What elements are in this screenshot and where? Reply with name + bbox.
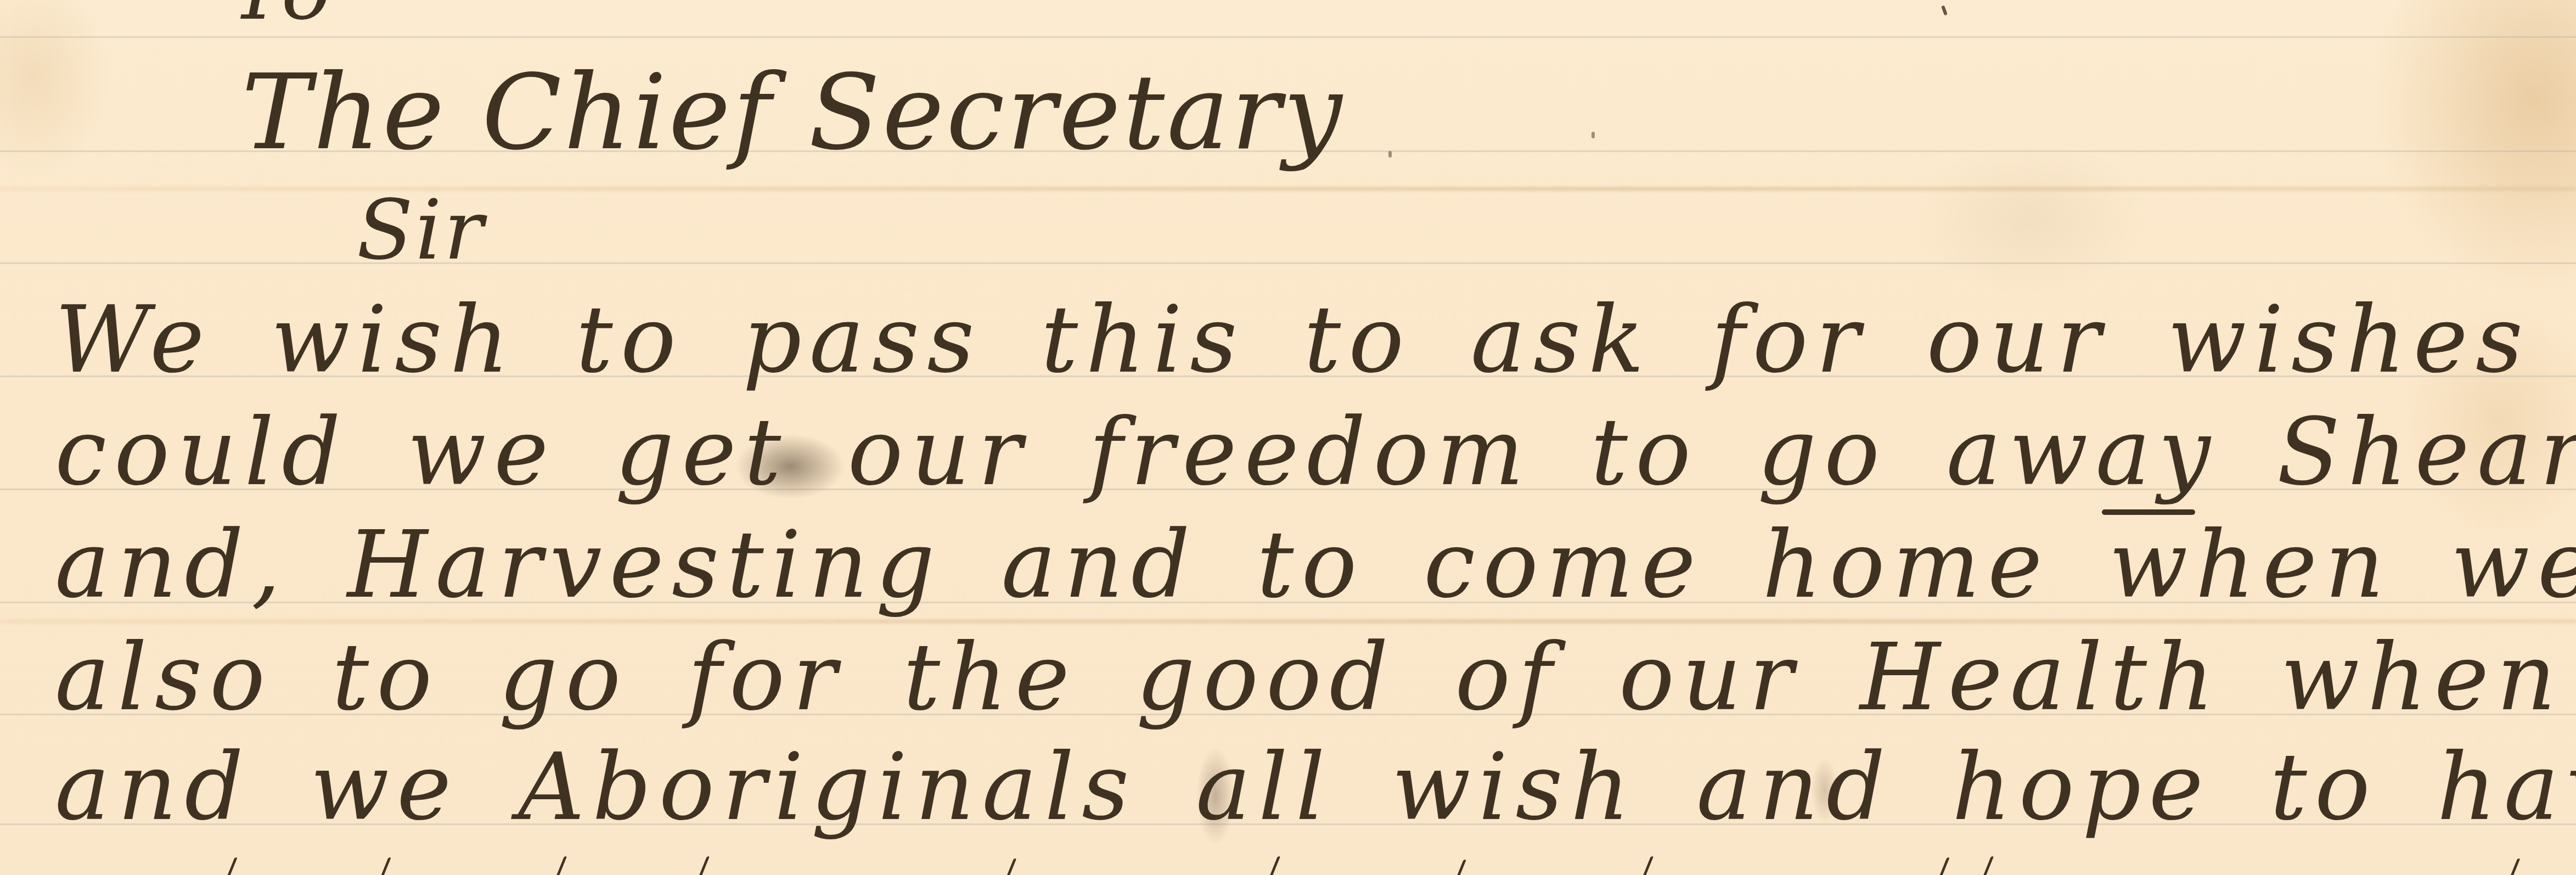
ascender-stroke: [1642, 856, 1653, 875]
ascender-stroke: [555, 856, 567, 875]
ascender-stroke: [1938, 857, 1949, 875]
letter-page: To The Chief Secretary Sir We wish to pa…: [0, 0, 2576, 875]
ascender-stroke: [226, 857, 237, 875]
salutation: Sir: [357, 189, 485, 272]
ascender-stroke: [1456, 860, 1466, 875]
ascender-stroke: [2510, 859, 2521, 875]
body-line-3: and, Harvesting and to come home when we…: [55, 519, 2576, 611]
ink-speck: [1388, 151, 1392, 158]
fold-stain: [0, 619, 2576, 624]
body-line-4: also to go for the good of our Health wh…: [55, 631, 2576, 723]
ascender-stroke: [1269, 856, 1280, 875]
ruled-line: [0, 36, 2576, 38]
addressee: The Chief Secretary: [241, 60, 1345, 165]
cut-off-line: [55, 856, 2576, 875]
body-line-2: could we get our freedom to go away Shea…: [55, 406, 2576, 498]
body-line-1: We wish to pass this to ask for our wish…: [55, 294, 2576, 386]
ascender-stroke: [1982, 856, 1994, 875]
ink-speck: [1591, 132, 1595, 138]
partial-top-word: To: [230, 0, 333, 32]
ascender-stroke: [380, 857, 391, 875]
ink-speck: [1941, 5, 1948, 16]
ascender-stroke: [1006, 859, 1017, 875]
ascender-stroke: [698, 856, 710, 875]
body-line-5: and we Aboriginals all wish and hope to …: [55, 741, 2576, 833]
